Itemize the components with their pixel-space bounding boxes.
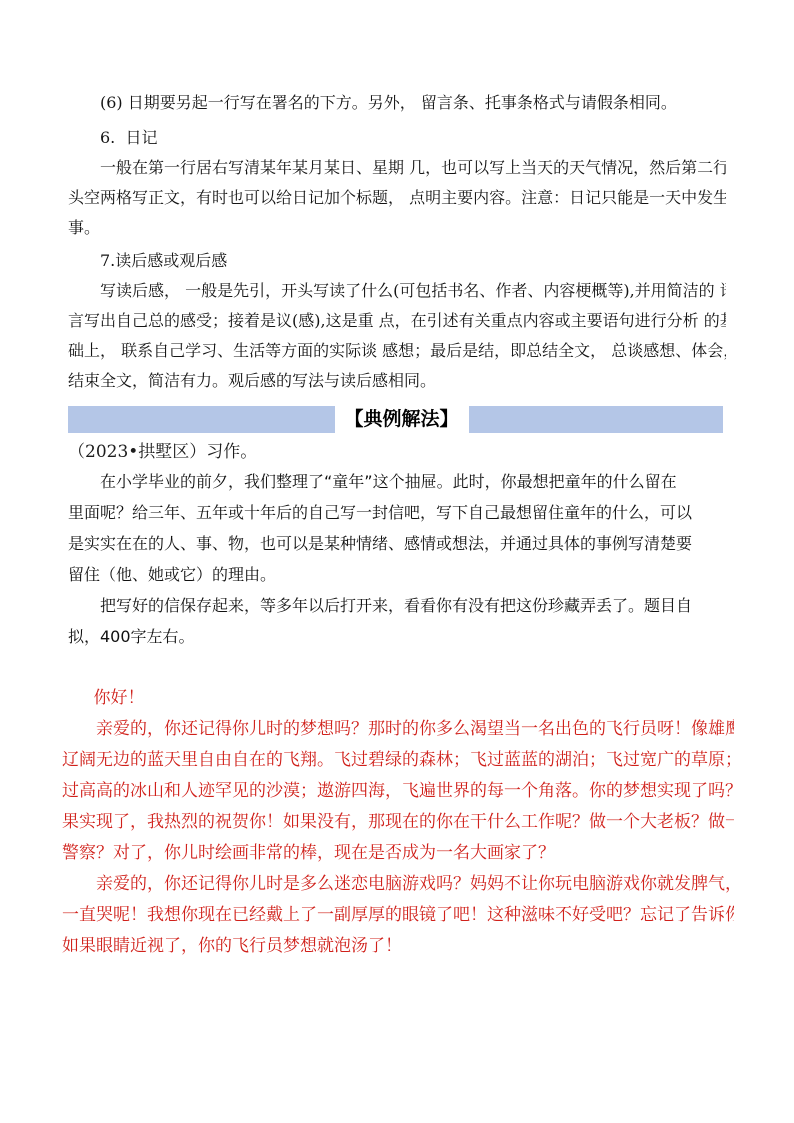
text-line: 事。	[68, 213, 726, 243]
note-item6-line: (6) 日期要另起一行写在署名的下方。另外， 留言条、托事条格式与请假条相同。	[68, 88, 726, 118]
text-line: 警察？对了，你儿时绘画非常的棒，现在是否成为一名大画家了？	[62, 838, 734, 869]
text-line: 辽阔无边的蓝天里自由自在的飞翔。飞过碧绿的森林；飞过蓝蓝的湖泊；飞过宽广的草原；…	[62, 745, 734, 776]
text-line: 在小学毕业的前夕，我们整理了“童年”这个抽屉。此时，你最想把童年的什么留在	[68, 466, 726, 497]
text-line: 亲爱的，你还记得你儿时的梦想吗？那时的你多么渴望当一名出色的飞行员呀！像雄鹰在	[62, 714, 734, 745]
diary-heading: 6. 日记	[68, 123, 726, 153]
letter-greeting: 你好！	[68, 683, 726, 714]
prompt-paragraph-2: 把写好的信保存起来，等多年以后打开来，看看你有没有把这份珍藏弄丢了。题目自拟，4…	[68, 590, 726, 652]
text-line: 结束全文，简洁有力。观后感的写法与读后感相同。	[68, 366, 726, 396]
document-page: (6) 日期要另起一行写在署名的下方。另外， 留言条、托事条格式与请假条相同。 …	[0, 0, 794, 1123]
banner-title: 【典例解法】	[335, 406, 469, 433]
text-line: 写读后感， 一般是先引，开头写读了什么(可包括书名、作者、内容梗概等),并用简洁…	[68, 276, 726, 306]
review-paragraph: 写读后感， 一般是先引，开头写读了什么(可包括书名、作者、内容梗概等),并用简洁…	[68, 276, 726, 396]
text-line: 一般在第一行居右写清某年某月某日、星期 几，也可以写上当天的天气情况，然后第二行…	[68, 153, 726, 183]
text-line: 留住（他、她或它）的理由。	[68, 559, 726, 590]
text-line: 头空两格写正文，有时也可以给日记加个标题， 点明主要内容。注意：日记只能是一天中…	[68, 183, 726, 213]
text-line: 里面呢？给三年、五年或十年后的自己写一封信吧，写下自己最想留住童年的什么，可以	[68, 497, 726, 528]
exercise-prompt-section: 在小学毕业的前夕，我们整理了“童年”这个抽屉。此时，你最想把童年的什么留在里面呢…	[68, 466, 726, 652]
exercise-source: （2023•拱墅区）习作。	[68, 438, 726, 466]
text-line: 果实现了，我热烈的祝贺你！如果没有，那现在的你在干什么工作呢？做一个大老板？做一…	[62, 807, 734, 838]
text-line: 亲爱的，你还记得你儿时是多么迷恋电脑游戏吗？妈妈不让你玩电脑游戏你就发脾气，还	[62, 869, 734, 900]
banner-left-band	[68, 406, 335, 433]
review-heading: 7.读后感或观后感	[68, 246, 726, 276]
text-line: 一直哭呢！我想你现在已经戴上了一副厚厚的眼镜了吧！这种滋味不好受吧？忘记了告诉你…	[62, 900, 734, 931]
text-line: 言写出自己总的感受；接着是议(感),这是重 点，在引述有关重点内容或主要语句进行…	[68, 306, 726, 336]
text-line: 拟，400字左右。	[68, 621, 726, 652]
text-line: 如果眼睛近视了，你的飞行员梦想就泡汤了！	[62, 931, 734, 962]
example-method-banner: 【典例解法】	[68, 406, 723, 433]
diary-paragraph: 一般在第一行居右写清某年某月某日、星期 几，也可以写上当天的天气情况，然后第二行…	[68, 153, 726, 243]
letter-format-notes-section: (6) 日期要另起一行写在署名的下方。另外， 留言条、托事条格式与请假条相同。 …	[68, 88, 726, 396]
banner-right-band	[469, 406, 724, 433]
text-line: 础上， 联系自己学习、生活等方面的实际谈 感想；最后是结，即总结全文， 总谈感想…	[68, 336, 726, 366]
text-line: 是实实在在的人、事、物，也可以是某种情绪、感情或想法，并通过具体的事例写清楚要	[68, 528, 726, 559]
text-line: 把写好的信保存起来，等多年以后打开来，看看你有没有把这份珍藏弄丢了。题目自	[68, 590, 726, 621]
prompt-paragraph-1: 在小学毕业的前夕，我们整理了“童年”这个抽屉。此时，你最想把童年的什么留在里面呢…	[68, 466, 726, 590]
letter-paragraph-1: 亲爱的，你还记得你儿时的梦想吗？那时的你多么渴望当一名出色的飞行员呀！像雄鹰在辽…	[62, 714, 734, 869]
text-line: 过高高的冰山和人迹罕见的沙漠；遨游四海，飞遍世界的每一个角落。你的梦想实现了吗？…	[62, 776, 734, 807]
answer-letter-section: 你好！ 亲爱的，你还记得你儿时的梦想吗？那时的你多么渴望当一名出色的飞行员呀！像…	[68, 683, 726, 962]
answer-heading-line: 【答案】十年后的我：	[68, 652, 726, 683]
letter-paragraph-2: 亲爱的，你还记得你儿时是多么迷恋电脑游戏吗？妈妈不让你玩电脑游戏你就发脾气，还一…	[62, 869, 734, 962]
page-content: (6) 日期要另起一行写在署名的下方。另外， 留言条、托事条格式与请假条相同。 …	[68, 88, 726, 962]
